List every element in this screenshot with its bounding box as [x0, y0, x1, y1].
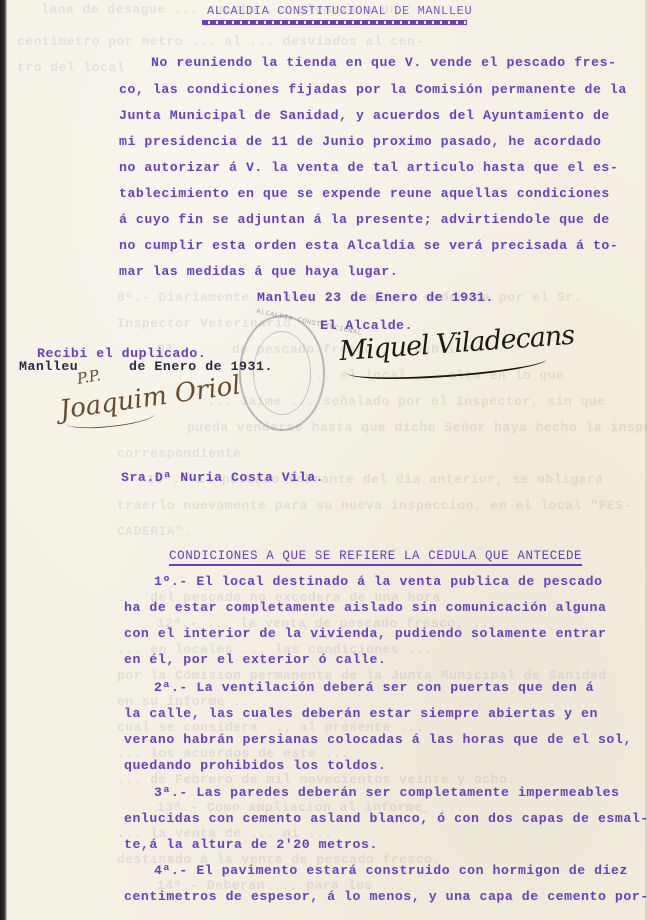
condition-line: te,á la altura de 2'20 metros. — [124, 837, 378, 852]
document-page: lana de desague ... cuarto ... alcanza a… — [7, 0, 647, 920]
condition-line: quedando prohibidos los toldos. — [124, 758, 386, 773]
condition-line: ha de estar completamente aislado sin co… — [124, 600, 606, 615]
bleed-line: tro del local — [17, 60, 125, 75]
condition-line: con el interior de la vivienda, pudiendo… — [124, 626, 606, 641]
body-line: no cumplir esta orden esta Alcaldia se v… — [119, 238, 618, 253]
condition-line: centimetros de espesor, á lo menos, y un… — [124, 889, 647, 904]
condition-line: enlucidas con cemento asland blanco, ó c… — [124, 811, 647, 826]
bleed-line: centimetro por metro ... al ... desviado… — [17, 34, 424, 49]
body-line: no autorizar á V. la venta de tal articu… — [119, 160, 618, 175]
body-line: tablecimiento en que se expende reune aq… — [119, 186, 610, 201]
body-line: Junta Municipal de Sanidad, y acuerdos d… — [119, 108, 610, 123]
scan-edge — [0, 0, 7, 920]
condition-line: 4ª.- El pavimento estará construido con … — [154, 863, 628, 878]
date-line: Manlleu 23 de Enero de 1931. — [257, 290, 494, 305]
bleed-line: correspondiente. — [117, 446, 250, 461]
header-double-rule — [202, 20, 467, 25]
bleed-line: traerlo nuevamente para su nueva inspecc… — [117, 498, 632, 513]
receipt-initials: P.P. — [76, 366, 102, 388]
body-line: á cuyo fin se adjuntan á la presente; ad… — [119, 212, 610, 227]
addressee: Sra.Dª Nuria Costa Vila. — [121, 470, 324, 485]
condition-line: 2ª.- La ventilación deberá ser con puert… — [154, 680, 594, 695]
body-line: mi presidencia de 11 de Junio proximo pa… — [119, 134, 601, 149]
bleed-line: CADERIA". — [117, 524, 192, 539]
condition-line: en él, por el exterior ó calle. — [124, 652, 386, 667]
condition-line: 3ª.- Las paredes deberán ser completamen… — [154, 785, 620, 800]
body-line: mar las medidas á que haya lugar. — [119, 264, 398, 279]
condition-line: la calle, las cuales deberán estar siemp… — [124, 706, 598, 721]
conditions-title: CONDICIONES A QUE SE REFIERE LA CEDULA Q… — [169, 549, 582, 566]
condition-line: verano habrán persianas colocadas á las … — [124, 732, 632, 747]
bleed-line: pueda venderse hasta que dicho Señor hay… — [187, 420, 647, 435]
body-line: No reuniendo la tienda en que V. vende e… — [151, 55, 617, 70]
condition-line: 1º.- El local destinado á la venta publi… — [154, 574, 603, 589]
document-header-title: ALCALDIA CONSTITUCIONAL DE MANLLEU — [207, 4, 472, 18]
body-line: co, las condiciones fijadas por la Comis… — [119, 82, 627, 97]
